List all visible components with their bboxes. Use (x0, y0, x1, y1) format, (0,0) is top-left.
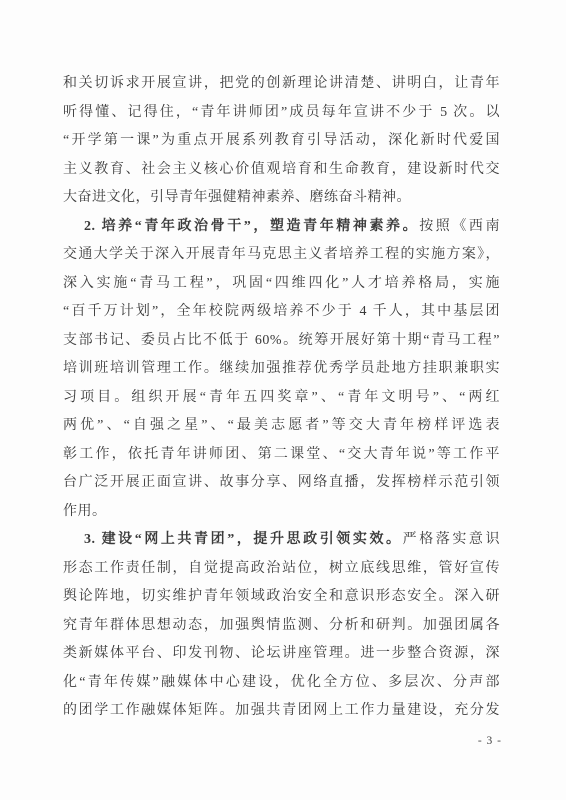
text-line: 习项目。组织开展“青年五四奖章”、“青年文明号”、“两红 (63, 384, 500, 413)
text-line: 的团学工作融媒体矩阵。加强共青团网上工作力量建设，充分发 (63, 697, 500, 726)
paragraph-text: 类新媒体平台、印发刊物、论坛讲座管理。进一步整合资源，深 (63, 646, 500, 661)
paragraph-text: 化“青年传媒”融媒体中心建设，优化全方位、多层次、分声部 (63, 675, 500, 690)
document-page: 和关切诉求开展宣讲，把党的创新理论讲清楚、讲明白，让青年听得懂、记得住，“青年讲… (0, 0, 566, 800)
text-line: 究青年群体思想动态，加强舆情监测、分析和研判。加强团属各 (63, 612, 500, 641)
page-number: - 3 - (478, 735, 502, 747)
paragraph-text: 的团学工作融媒体矩阵。加强共青团网上工作力量建设，充分发 (63, 703, 500, 718)
text-line: “百千万计划”，全年校院两级培养不少于 4 千人，其中基层团 (63, 298, 500, 327)
paragraph-text: 形态工作责任制，自觉提高政治站位，树立底线思维，管好宣传 (63, 561, 500, 576)
paragraph-text: “开学第一课”为重点开展系列教育引导活动，深化新时代爱国 (63, 133, 500, 148)
paragraph-text: 听得懂、记得住，“青年讲师团”成员每年宣讲不少于 5 次。以 (63, 105, 500, 120)
paragraph-text: 习项目。组织开展“青年五四奖章”、“青年文明号”、“两红 (63, 390, 500, 405)
text-line: 形态工作责任制，自觉提高政治站位，树立底线思维，管好宣传 (63, 555, 500, 584)
text-line: 听得懂、记得住，“青年讲师团”成员每年宣讲不少于 5 次。以 (63, 99, 500, 128)
text-line: 彰工作，依托青年讲师团、第二课堂、“交大青年说”等工作平 (63, 441, 500, 470)
paragraph-text: 主义教育、社会主义核心价值观培育和生命教育，建设新时代交 (63, 162, 500, 177)
paragraph-text: 交通大学关于深入开展青年马克思主义者培养工程的实施方案》， (63, 247, 500, 262)
paragraph-text: 支部书记、委员占比不低于 60%。统筹开展好第十期“青马工程” (63, 333, 500, 348)
text-line: 两优”、“自强之星”、“最美志愿者”等交大青年榜样评选表 (63, 412, 500, 441)
text-line: 作用。 (63, 498, 500, 527)
paragraph-text: 舆论阵地，切实维护青年领域政治安全和意识形态安全。深入研 (63, 589, 500, 604)
text-line: 深入实施“青马工程”，巩固“四维四化”人才培养格局，实施 (63, 270, 500, 299)
document-body: 和关切诉求开展宣讲，把党的创新理论讲清楚、讲明白，让青年听得懂、记得住，“青年讲… (63, 70, 500, 726)
paragraph-text: 究青年群体思想动态，加强舆情监测、分析和研判。加强团属各 (63, 618, 500, 633)
text-line: 大奋进文化，引导青年强健精神素养、磨练奋斗精神。 (63, 184, 500, 213)
text-line: 交通大学关于深入开展青年马克思主义者培养工程的实施方案》， (63, 241, 500, 270)
paragraph-text: 严格落实意识 (403, 532, 500, 547)
text-line: 支部书记、委员占比不低于 60%。统筹开展好第十期“青马工程” (63, 327, 500, 356)
text-line: 3. 建设“网上共青团”，提升思政引领实效。严格落实意识 (63, 526, 500, 555)
text-line: 舆论阵地，切实维护青年领域政治安全和意识形态安全。深入研 (63, 583, 500, 612)
text-line: 2. 培养“青年政治骨干”，塑造青年精神素养。按照《西南 (63, 213, 500, 242)
paragraph-text: 台广泛开展正面宣讲、故事分享、网络直播，发挥榜样示范引领 (63, 475, 500, 490)
paragraph-text: 作用。 (63, 504, 107, 519)
text-line: 台广泛开展正面宣讲、故事分享、网络直播，发挥榜样示范引领 (63, 469, 500, 498)
paragraph-text: 和关切诉求开展宣讲，把党的创新理论讲清楚、讲明白，让青年 (63, 76, 500, 91)
paragraph-heading-text: 3. 建设“网上共青团”，提升思政引领实效。 (84, 532, 403, 547)
paragraph-text: 按照《西南 (419, 219, 500, 234)
paragraph-text: 培训班培训管理工作。继续加强推荐优秀学员赴地方挂职兼职实 (63, 361, 500, 376)
text-line: 培训班培训管理工作。继续加强推荐优秀学员赴地方挂职兼职实 (63, 355, 500, 384)
text-line: 主义教育、社会主义核心价值观培育和生命教育，建设新时代交 (63, 156, 500, 185)
paragraph-heading-text: 2. 培养“青年政治骨干”，塑造青年精神素养。 (84, 219, 419, 234)
paragraph-text: 两优”、“自强之星”、“最美志愿者”等交大青年榜样评选表 (63, 418, 500, 433)
text-line: 化“青年传媒”融媒体中心建设，优化全方位、多层次、分声部 (63, 669, 500, 698)
paragraph-text: 彰工作，依托青年讲师团、第二课堂、“交大青年说”等工作平 (63, 447, 500, 462)
text-line: 和关切诉求开展宣讲，把党的创新理论讲清楚、讲明白，让青年 (63, 70, 500, 99)
paragraph-text: “百千万计划”，全年校院两级培养不少于 4 千人，其中基层团 (63, 304, 500, 319)
text-line: 类新媒体平台、印发刊物、论坛讲座管理。进一步整合资源，深 (63, 640, 500, 669)
paragraph-text: 大奋进文化，引导青年强健精神素养、磨练奋斗精神。 (63, 190, 411, 205)
text-line: “开学第一课”为重点开展系列教育引导活动，深化新时代爱国 (63, 127, 500, 156)
paragraph-text: 深入实施“青马工程”，巩固“四维四化”人才培养格局，实施 (63, 276, 500, 291)
